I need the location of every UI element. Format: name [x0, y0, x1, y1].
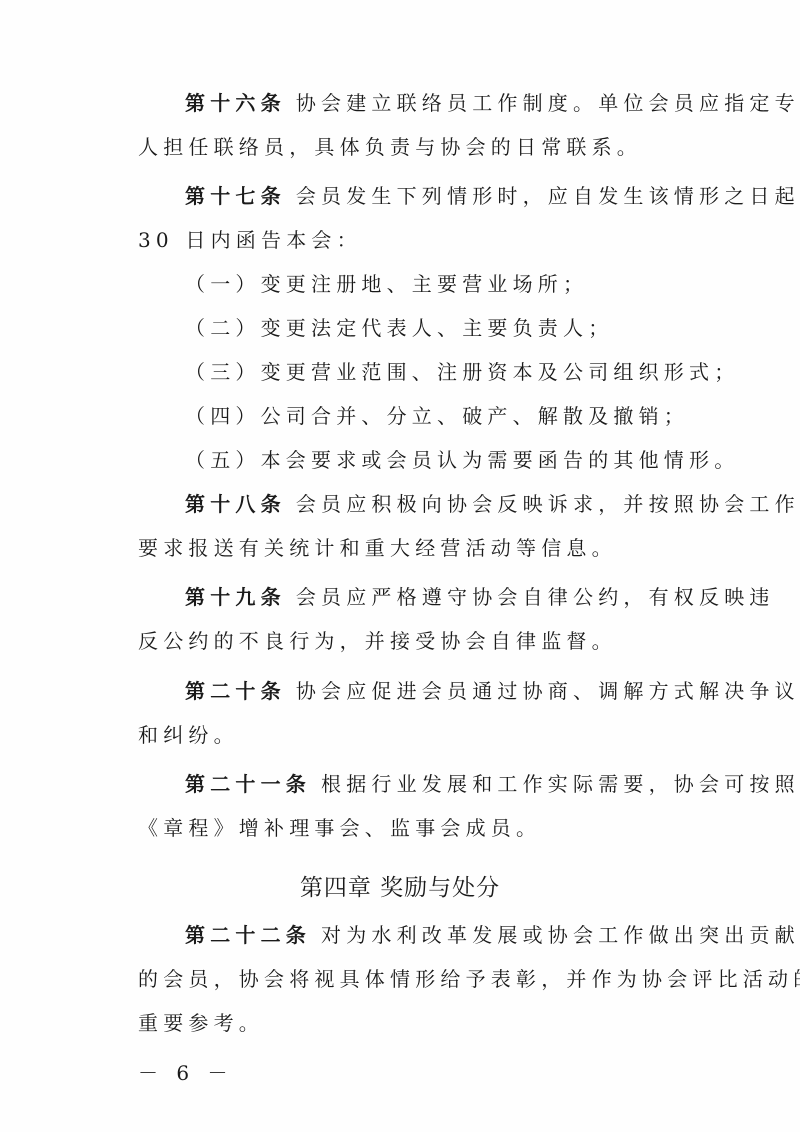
article-label: 第二十条: [185, 679, 286, 703]
article-19-line-2: 反公约的不良行为，并接受协会自律监督。: [138, 629, 617, 653]
article-16-line-1: 第十六条协会建立联络员工作制度。单位会员应指定专: [185, 91, 800, 115]
article-20-line-2: 和纠纷。: [138, 723, 239, 747]
chapter-heading: 第四章 奖励与处分: [0, 869, 800, 902]
article-22-line-2: 的会员，协会将视具体情形给予表彰，并作为协会评比活动的: [138, 967, 800, 991]
article-20-line-1: 第二十条协会应促进会员通过协商、调解方式解决争议: [185, 679, 800, 703]
article-17-line-2: 30 日内函告本会：: [138, 228, 362, 252]
document-page: 第十六条协会建立联络员工作制度。单位会员应指定专 人担任联络员，具体负责与协会的…: [0, 0, 800, 1132]
article-21-line-1: 第二十一条根据行业发展和工作实际需要，协会可按照: [185, 772, 800, 796]
article-21-line-2: 《章程》增补理事会、监事会成员。: [138, 816, 541, 840]
page-number: － 6 －: [138, 1057, 233, 1086]
article-label: 第十六条: [185, 91, 286, 115]
list-item: （五）本会要求或会员认为需要函告的其他情形。: [185, 448, 739, 472]
article-16-line-2: 人担任联络员，具体负责与协会的日常联系。: [138, 135, 642, 159]
article-22-line-3: 重要参考。: [138, 1011, 264, 1035]
article-19-line-1: 第十九条会员应严格遵守协会自律公约，有权反映违: [185, 585, 775, 609]
article-17-line-1: 第十七条会员发生下列情形时，应自发生该情形之日起: [185, 184, 800, 208]
article-18-line-1: 第十八条会员应积极向协会反映诉求，并按照协会工作: [185, 492, 800, 516]
list-item: （二）变更法定代表人、主要负责人；: [185, 316, 613, 340]
article-18-line-2: 要求报送有关统计和重大经营活动等信息。: [138, 536, 617, 560]
list-item: （四）公司合并、分立、破产、解散及撤销；: [185, 404, 689, 428]
article-label: 第二十一条: [185, 772, 311, 796]
article-label: 第十九条: [185, 585, 286, 609]
list-item: （一）变更注册地、主要营业场所；: [185, 272, 588, 296]
article-22-line-1: 第二十二条对为水利改革发展或协会工作做出突出贡献: [185, 923, 800, 947]
list-item: （三）变更营业范围、注册资本及公司组织形式；: [185, 360, 739, 384]
article-label: 第十八条: [185, 492, 286, 516]
article-label: 第二十二条: [185, 923, 311, 947]
article-label: 第十七条: [185, 184, 286, 208]
